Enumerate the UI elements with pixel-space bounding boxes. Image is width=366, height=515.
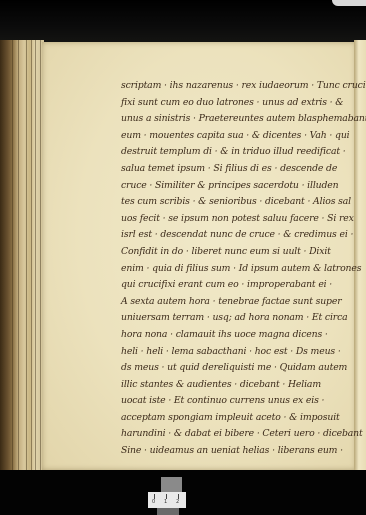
- text-line: isrl est · descendat nunc de cruce · & c…: [121, 227, 351, 244]
- ruler-label: 1: [164, 499, 167, 505]
- text-line: qui crucifixi erant cum eo · improperaba…: [121, 277, 351, 294]
- background-top: [0, 0, 366, 44]
- manuscript-text-block: scriptam · ihs nazarenus · rex iudaeorum…: [121, 78, 351, 460]
- text-line: cruce · Similiter & principes sacerdotu …: [121, 178, 351, 195]
- text-line: enim · quia di filius sum · Id ipsum aut…: [121, 261, 351, 278]
- ruler-base: [157, 508, 179, 515]
- text-line: scriptam · ihs nazarenus · rex iudaeorum…: [121, 78, 351, 95]
- text-line: fixi sunt cum eo duo latrones · unus ad …: [121, 95, 351, 112]
- text-line: illic stantes & audientes · dicebant · H…: [121, 377, 351, 394]
- text-line: heli · heli · lema sabacthani · hoc est …: [121, 344, 351, 361]
- text-line: destruit templum di · & in triduo illud …: [121, 144, 351, 161]
- text-line: A sexta autem hora · tenebrae factae sun…: [121, 294, 351, 311]
- text-line: uocat iste · Et continuo currens unus ex…: [121, 393, 351, 410]
- corner-highlight: [332, 0, 366, 6]
- text-line: salua temet ipsum · Si filius di es · de…: [121, 161, 351, 178]
- text-line: tes cum scribis · & senioribus · diceban…: [121, 194, 351, 211]
- text-line: Confidit in do · liberet nunc eum si uul…: [121, 244, 351, 261]
- scale-ruler: 0 1 2: [148, 492, 186, 508]
- text-line: eum · mouentes capita sua · & dicentes ·…: [121, 128, 351, 145]
- text-line: Sine · uideamus an ueniat helias · liber…: [121, 443, 351, 460]
- text-line: harundini · & dabat ei bibere · Ceteri u…: [121, 426, 351, 443]
- ruler-label: 2: [176, 499, 179, 505]
- text-line: uniuersam terram · usq; ad hora nonam · …: [121, 310, 351, 327]
- text-line: acceptam spongiam impleuit aceto · & imp…: [121, 410, 351, 427]
- ruler-label: 0: [152, 499, 155, 505]
- book-fore-edge: [0, 40, 44, 470]
- text-line: ds meus · ut quid dereliquisti me · Quid…: [121, 360, 351, 377]
- facing-page-edge: [354, 40, 366, 470]
- text-line: uos fecit · se ipsum non potest saluu fa…: [121, 211, 351, 228]
- text-line: unus a sinistris · Praetereuntes autem b…: [121, 111, 351, 128]
- text-line: hora nona · clamauit ihs uoce magna dice…: [121, 327, 351, 344]
